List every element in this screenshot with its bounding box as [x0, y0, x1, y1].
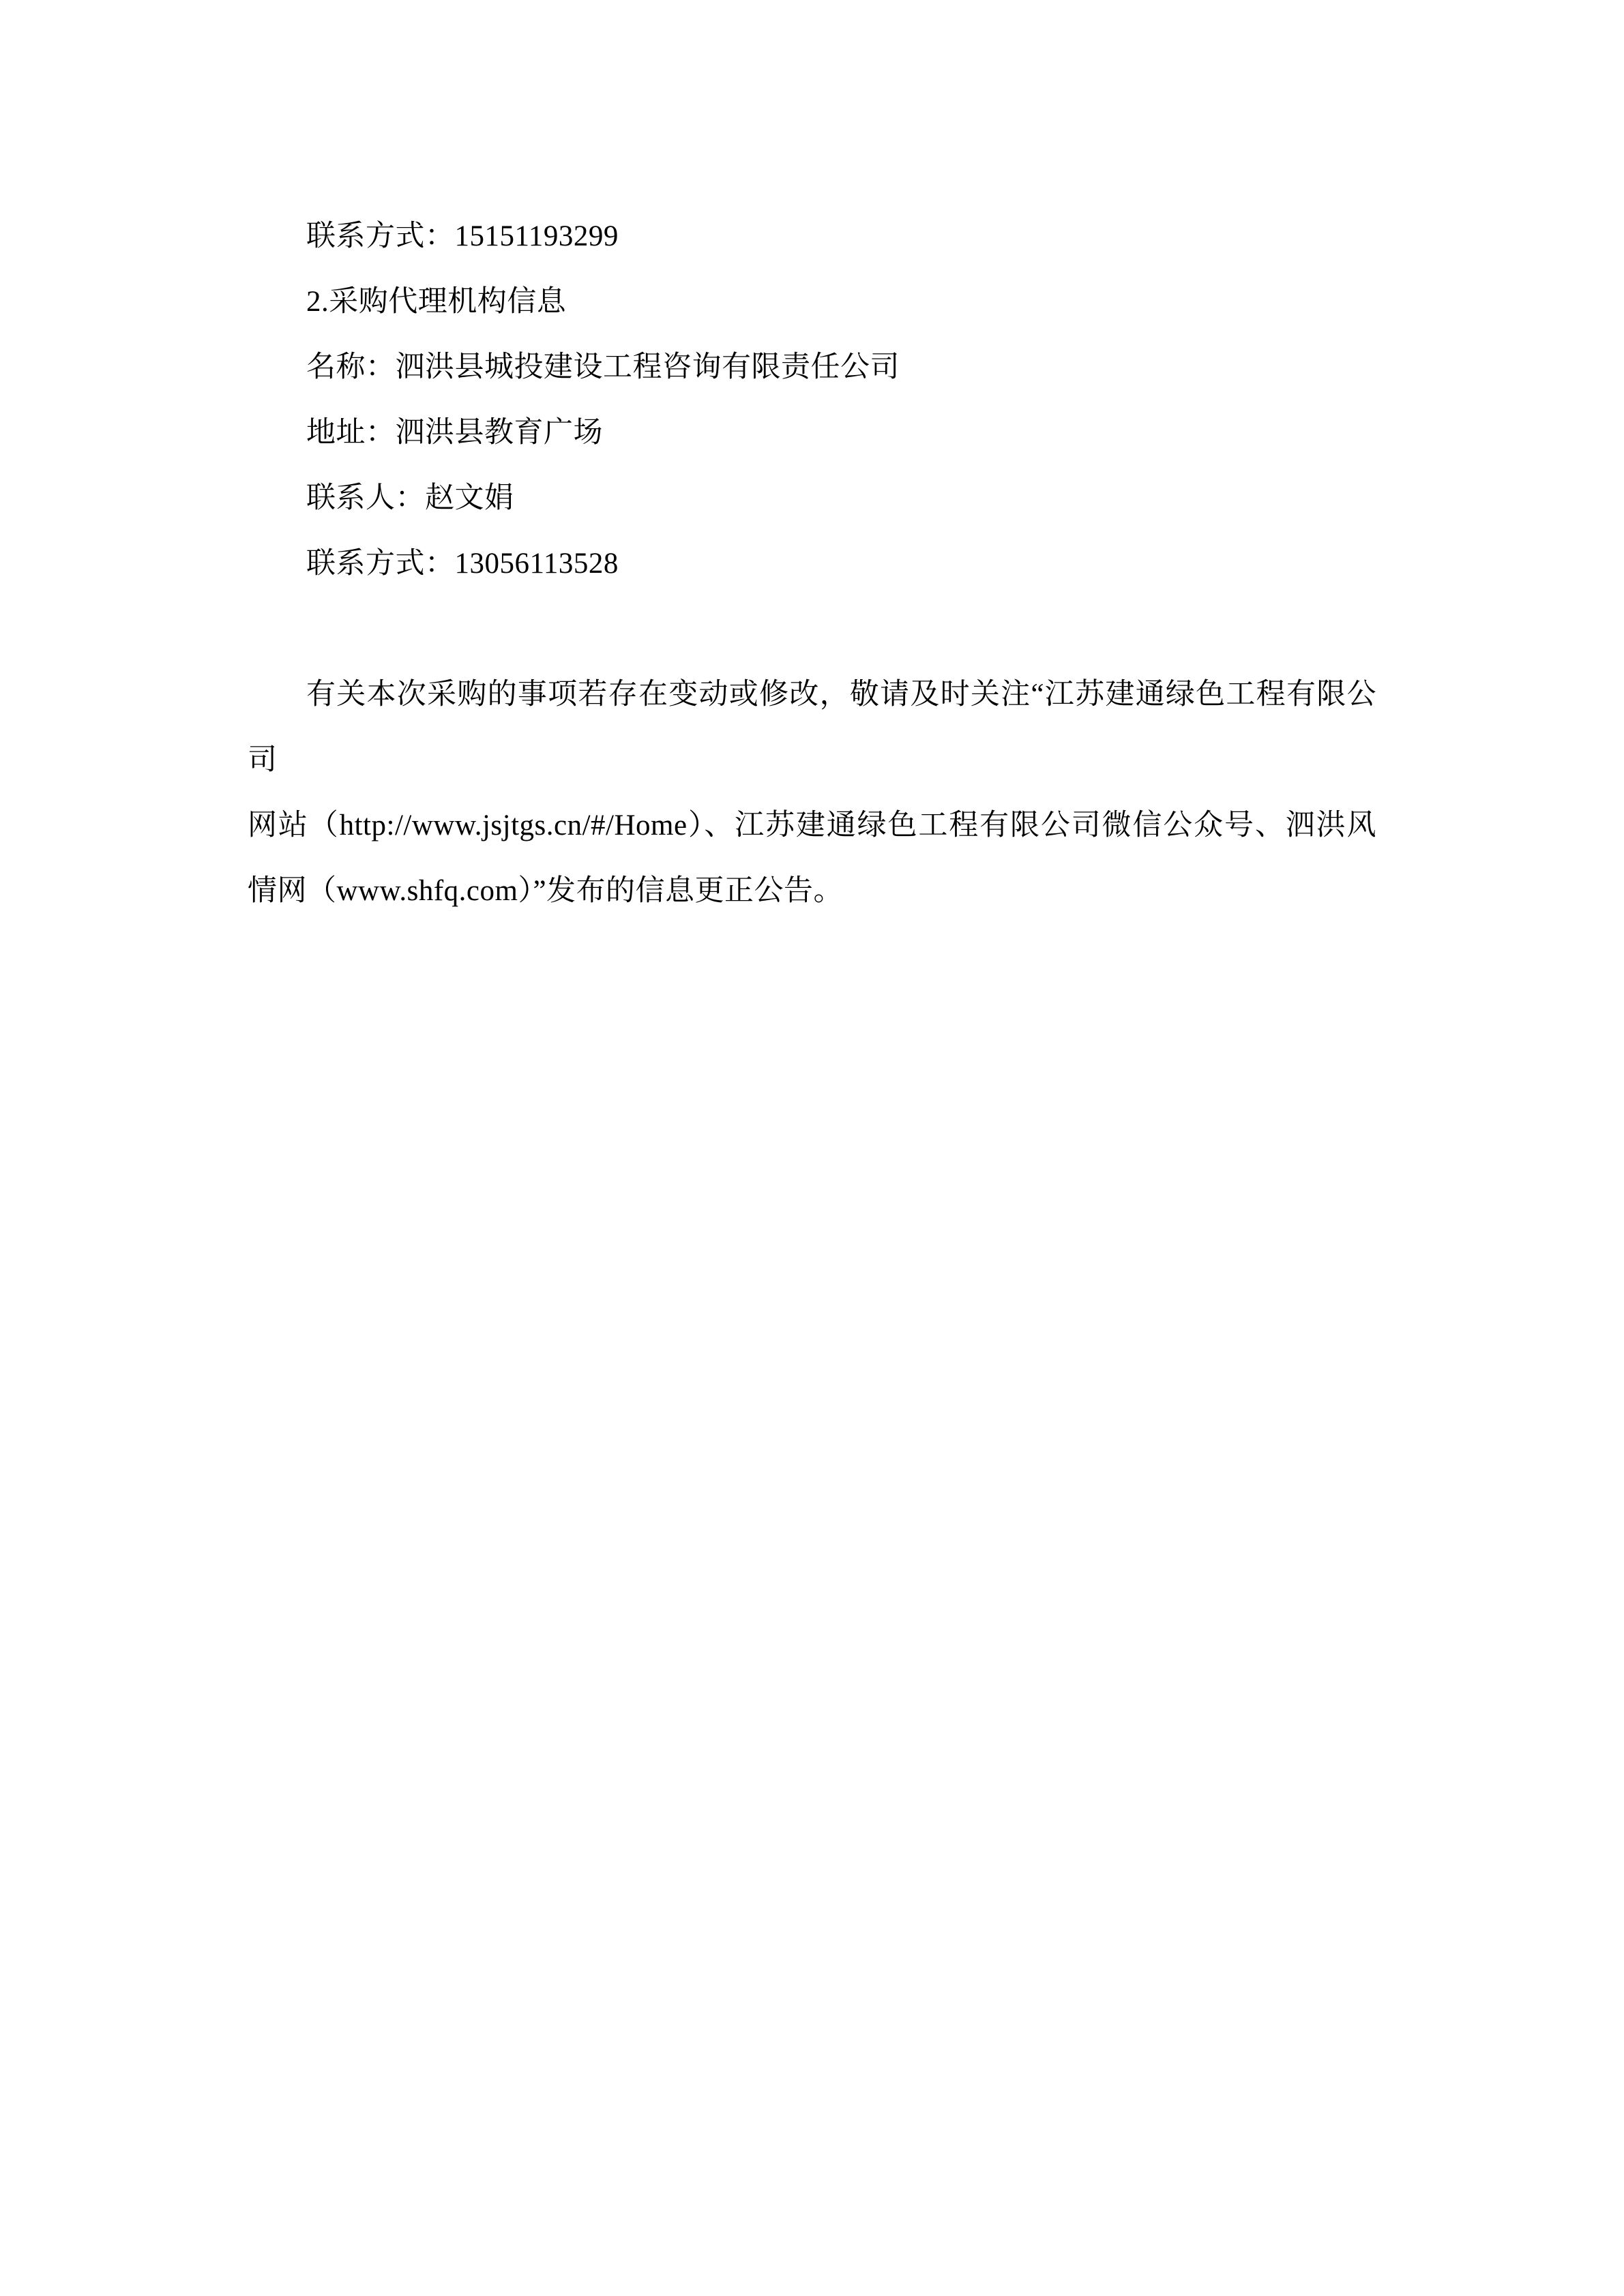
notice-paragraph-line: 有关本次采购的事项若存在变动或修改，敬请及时关注“江苏建通绿色工程有限公司 — [248, 662, 1376, 793]
blank-line — [248, 597, 1376, 662]
notice-paragraph-line: 网站（http://www.jsjtgs.cn/#/Home）、江苏建通绿色工程… — [248, 793, 1376, 859]
document-content: 联系方式：15151193299 2.采购代理机构信息 名称：泗洪县城投建设工程… — [248, 204, 1376, 924]
agent-contact-phone-line: 联系方式：13056113528 — [248, 531, 1376, 597]
agent-section-heading: 2.采购代理机构信息 — [248, 269, 1376, 335]
agent-contact-person-line: 联系人：赵文娟 — [248, 466, 1376, 531]
agent-name-line: 名称：泗洪县城投建设工程咨询有限责任公司 — [248, 335, 1376, 400]
purchaser-contact-phone-line: 联系方式：15151193299 — [248, 204, 1376, 269]
notice-paragraph-line: 情网（www.shfq.com）”发布的信息更正公告。 — [248, 859, 1376, 924]
document-page: 联系方式：15151193299 2.采购代理机构信息 名称：泗洪县城投建设工程… — [0, 0, 1624, 2296]
agent-address-line: 地址：泗洪县教育广场 — [248, 400, 1376, 466]
notice-paragraph: 有关本次采购的事项若存在变动或修改，敬请及时关注“江苏建通绿色工程有限公司 网站… — [248, 662, 1376, 924]
